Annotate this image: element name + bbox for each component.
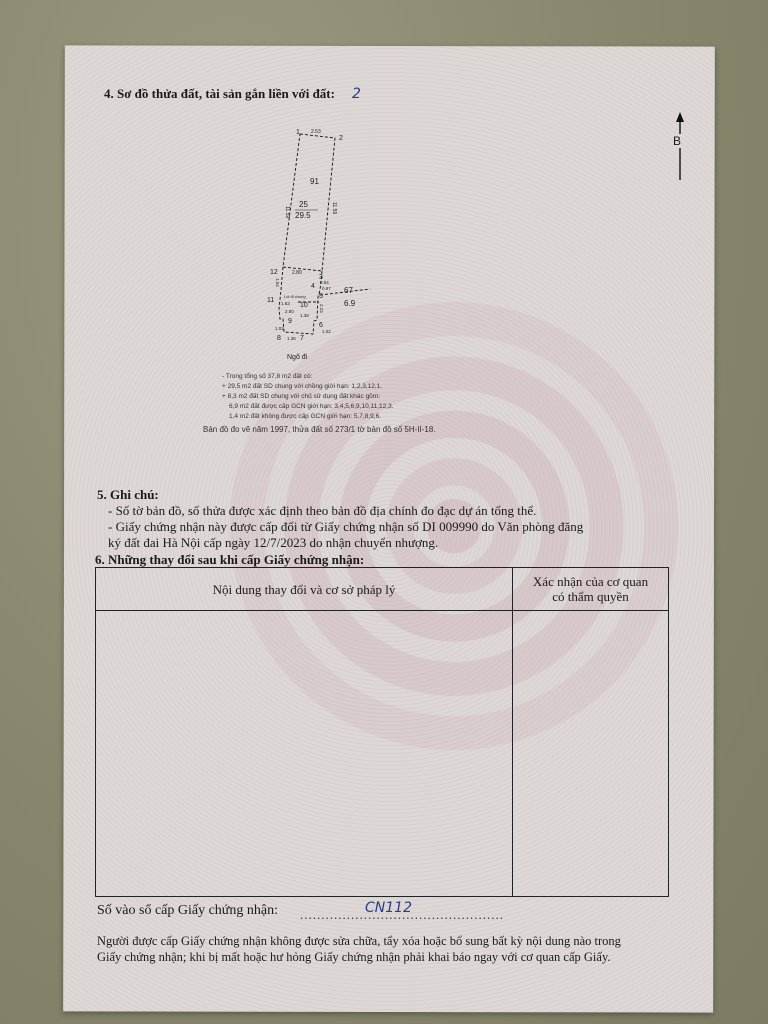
point-4: 4 (311, 283, 315, 290)
point-5: 5 (319, 293, 323, 300)
parcel-fraction-bottom: 29.5 (295, 211, 311, 220)
edge-8-7: 1.35 (287, 336, 296, 341)
edge-top: 2.53 (311, 129, 321, 135)
neighbor-fraction-bottom: 6.9 (344, 299, 356, 308)
section-6-title: 6. Những thay đổi sau khi cấp Giấy chứng… (95, 552, 364, 568)
edge-12-11: 1.54 (275, 278, 280, 287)
point-10: 10 (300, 302, 308, 309)
handwritten-mark: 2 (352, 86, 361, 102)
edge-4-5: 0.97 (322, 286, 331, 291)
changes-content-cell (96, 611, 513, 897)
point-11: 11 (267, 297, 274, 304)
point-12: 12 (270, 269, 278, 276)
note-line-1: - Giấy chứng nhận này được cấp đổi từ Gi… (108, 519, 583, 535)
note-line-0: - Số tờ bản đồ, số thửa được xác định th… (108, 503, 536, 519)
point-9: 9 (288, 318, 292, 325)
edge-9-8: 1.02 (275, 326, 284, 331)
north-label: B (673, 134, 681, 148)
point-1: 1 (296, 129, 300, 136)
point-2: 2 (339, 135, 343, 142)
inner-note: Lối đi chung (284, 294, 306, 299)
section-5-title: 5. Ghi chú: (97, 487, 159, 503)
warning-line-2: Giấy chứng nhận; khi bị mất hoặc hư hỏng… (97, 950, 611, 965)
area-note-1: + 29,5 m2 đất SD chung với chồng giới hạ… (222, 383, 382, 390)
parcel-fraction-top: 25 (299, 200, 308, 209)
registry-label: Số vào sổ cấp Giấy chứng nhận: (97, 903, 278, 919)
area-note-4: 1,4 m2 đất không được cấp GCN giới hạn: … (229, 413, 381, 420)
area-note-2: + 8,3 m2 đất SD chung với chủ sử dụng đấ… (222, 393, 380, 400)
parcel-label: 91 (310, 177, 319, 186)
changes-table: Nội dung thay đổi và cơ sở pháp lý Xác n… (95, 567, 669, 897)
edge-12-3: 2.80 (292, 270, 302, 276)
warning-line-1: Người được cấp Giấy chứng nhận không đượ… (97, 934, 621, 949)
column-header-confirmation: Xác nhận của cơ quan có thẩm quyền (513, 568, 669, 611)
parcel-diagram: 1 2 2.53 91 25 29.5 11.59 11.59 12 2.80 … (240, 124, 400, 364)
neighbor-fraction-top: 67 (344, 286, 353, 295)
road-label: Ngõ đi (287, 354, 308, 361)
edge-right: 11.59 (331, 202, 337, 214)
edge-5-6: 2.24 (319, 304, 324, 313)
edge-10-9: 2.80 (285, 309, 294, 314)
section-4-title: 4. Sơ đồ thửa đất, tài sản gắn liền với … (104, 86, 335, 102)
point-6: 6 (319, 322, 323, 329)
edge-left: 11.59 (284, 206, 290, 218)
point-8: 8 (277, 335, 281, 342)
area-note-3: 6,9 m2 đất được cấp GCN giới hạn: 3,4,5,… (229, 403, 394, 410)
note-line-2: ký đất đai Hà Nội cấp ngày 12/7/2023 do … (108, 535, 438, 551)
area-note-0: - Trong tổng số 37,8 m2 đất có: (222, 373, 312, 380)
column-header-content: Nội dung thay đổi và cơ sở pháp lý (96, 568, 513, 611)
edge-inner: 1.38 (300, 313, 309, 318)
edge-6-7: 1.02 (322, 329, 331, 334)
edge-11-10: 1.63 (281, 301, 290, 306)
point-7: 7 (300, 335, 304, 342)
changes-confirmation-cell (513, 611, 669, 897)
edge-3-4: 0.84 (320, 280, 329, 285)
map-source: Bản đồ đo vẽ năm 1997, thửa đất số 273/1… (203, 425, 436, 434)
north-arrow-icon: B (672, 112, 688, 182)
registry-number: CN112 (365, 900, 412, 916)
